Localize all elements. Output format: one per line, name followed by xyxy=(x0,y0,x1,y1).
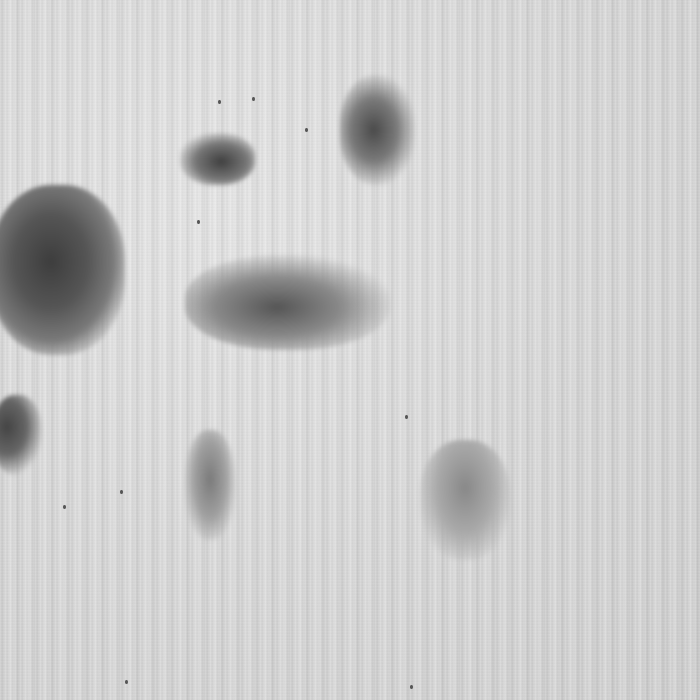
speck xyxy=(120,490,123,494)
lower-right-faint-stain xyxy=(420,440,510,560)
large-left-stain xyxy=(0,185,125,355)
fabric-texture-image xyxy=(0,0,700,700)
small-left-stain xyxy=(0,395,42,475)
speck xyxy=(410,685,413,689)
speck xyxy=(305,128,308,132)
upper-right-stain xyxy=(340,75,415,185)
speck xyxy=(252,97,255,101)
upper-center-stain xyxy=(180,133,255,185)
speck xyxy=(197,220,200,224)
speck xyxy=(218,100,221,104)
speck xyxy=(63,505,66,509)
speck xyxy=(125,680,128,684)
lower-center-faint-stain xyxy=(185,430,235,540)
center-stain xyxy=(185,255,390,350)
speck xyxy=(405,415,408,419)
